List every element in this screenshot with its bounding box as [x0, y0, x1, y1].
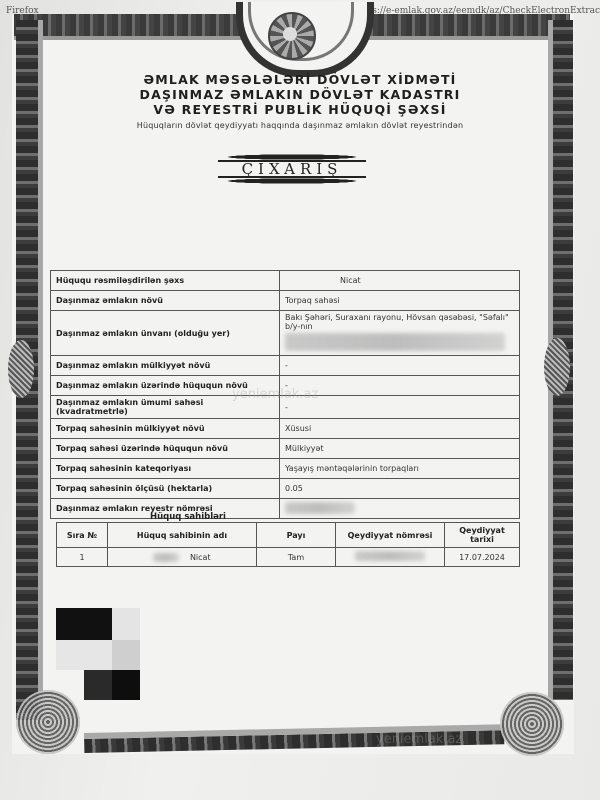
redacted-address [285, 333, 505, 351]
table-row: Daşınmaz əmlakın reyestr nömrəsi [51, 499, 520, 519]
title-ornament-bottom [218, 176, 366, 184]
org-name-line-1: ƏMLAK MƏSƏLƏLƏRİ DÖVLƏT XİDMƏTİ [60, 72, 540, 87]
row-value: Bakı Şəhəri, Suraxanı rayonu, Hövsan qəs… [280, 311, 520, 356]
table-row: 1 Nicat Tam 17.07.2024 [57, 548, 520, 567]
owner-index: 1 [57, 548, 108, 567]
row-value: Yaşayış məntəqələrinin torpaqları [280, 459, 520, 479]
table-row: Daşınmaz əmlakın mülkiyyət növü - [51, 356, 520, 376]
table-row: Torpaq sahəsinin ölçüsü (hektarla) 0.05 [51, 479, 520, 499]
row-label: Hüququ rəsmiləşdirilən şəxs [51, 271, 280, 291]
owners-section-title: Hüquq sahibləri [150, 512, 226, 522]
row-value: 0.05 [280, 479, 520, 499]
row-value: Torpaq sahəsi [280, 291, 520, 311]
owner-reg-date: 17.07.2024 [445, 548, 520, 567]
row-value: Mülkiyyət [280, 439, 520, 459]
document-subtitle: Hüquqların dövlət qeydiyyatı haqqında da… [60, 121, 540, 130]
watermark: yeniemlak.az [376, 732, 462, 747]
col-header-index: Sıra № [57, 523, 108, 548]
col-header-owner-name: Hüquq sahibinin adı [108, 523, 257, 548]
side-ornament-icon [8, 340, 34, 398]
org-name-line-2: DAŞINMAZ ƏMLAKIN DÖVLƏT KADASTRI [60, 87, 540, 102]
row-label: Torpaq sahəsinin ölçüsü (hektarla) [51, 479, 280, 499]
redacted-reg-number [355, 551, 425, 561]
side-ornament-icon [544, 338, 570, 396]
col-header-reg-number: Qeydiyyat nömrəsi [336, 523, 445, 548]
document-title-block: ÇIXARIŞ [212, 148, 372, 188]
row-label: Torpaq sahəsinin mülkiyyət növü [51, 419, 280, 439]
table-row: Daşınmaz əmlakın ünvanı (olduğu yer) Bak… [51, 311, 520, 356]
owner-share: Tam [257, 548, 336, 567]
table-row: Hüququ rəsmiləşdirilən şəxs Nicat [51, 271, 520, 291]
redacted-registry-number [285, 502, 355, 514]
col-header-share: Payı [257, 523, 336, 548]
redacted-surname [153, 553, 179, 562]
table-row: Torpaq sahəsi üzərində hüququn növü Mülk… [51, 439, 520, 459]
row-label: Daşınmaz əmlakın mülkiyyət növü [51, 356, 280, 376]
document-header: ƏMLAK MƏSƏLƏLƏRİ DÖVLƏT XİDMƏTİ DAŞINMAZ… [60, 72, 540, 130]
owners-header-row: Sıra № Hüquq sahibinin adı Payı Qeydiyya… [57, 523, 520, 548]
table-row: Torpaq sahəsinin kateqoriyası Yaşayış mə… [51, 459, 520, 479]
table-row: Daşınmaz əmlakın növü Torpaq sahəsi [51, 291, 520, 311]
table-row: Torpaq sahəsinin mülkiyyət növü Xüsusi [51, 419, 520, 439]
qr-code-redacted [56, 608, 140, 692]
owner-name: Nicat [190, 553, 211, 562]
row-label: Daşınmaz əmlakın ünvanı (olduğu yer) [51, 311, 280, 356]
corner-ornament-icon [16, 690, 80, 754]
owner-name-cell: Nicat [108, 548, 257, 567]
row-value: - [280, 356, 520, 376]
row-value: Nicat [280, 271, 520, 291]
address-text: Bakı Şəhəri, Suraxanı rayonu, Hövsan qəs… [285, 313, 514, 331]
emblem-center [283, 27, 297, 41]
owners-table: Sıra № Hüquq sahibinin adı Payı Qeydiyya… [56, 522, 520, 567]
watermark: yeniemlak.az [232, 387, 318, 402]
row-value: Xüsusi [280, 419, 520, 439]
row-label: Torpaq sahəsinin kateqoriyası [51, 459, 280, 479]
row-label: Torpaq sahəsi üzərində hüququn növü [51, 439, 280, 459]
row-label: Daşınmaz əmlakın növü [51, 291, 280, 311]
col-header-reg-date: Qeydiyyat tarixi [445, 523, 520, 548]
corner-ornament-icon [500, 692, 564, 756]
org-name-line-3: VƏ REYESTRİ PUBLİK HÜQUQİ ŞƏXSİ [60, 102, 540, 117]
row-value [280, 499, 520, 519]
owner-reg-number [336, 548, 445, 567]
